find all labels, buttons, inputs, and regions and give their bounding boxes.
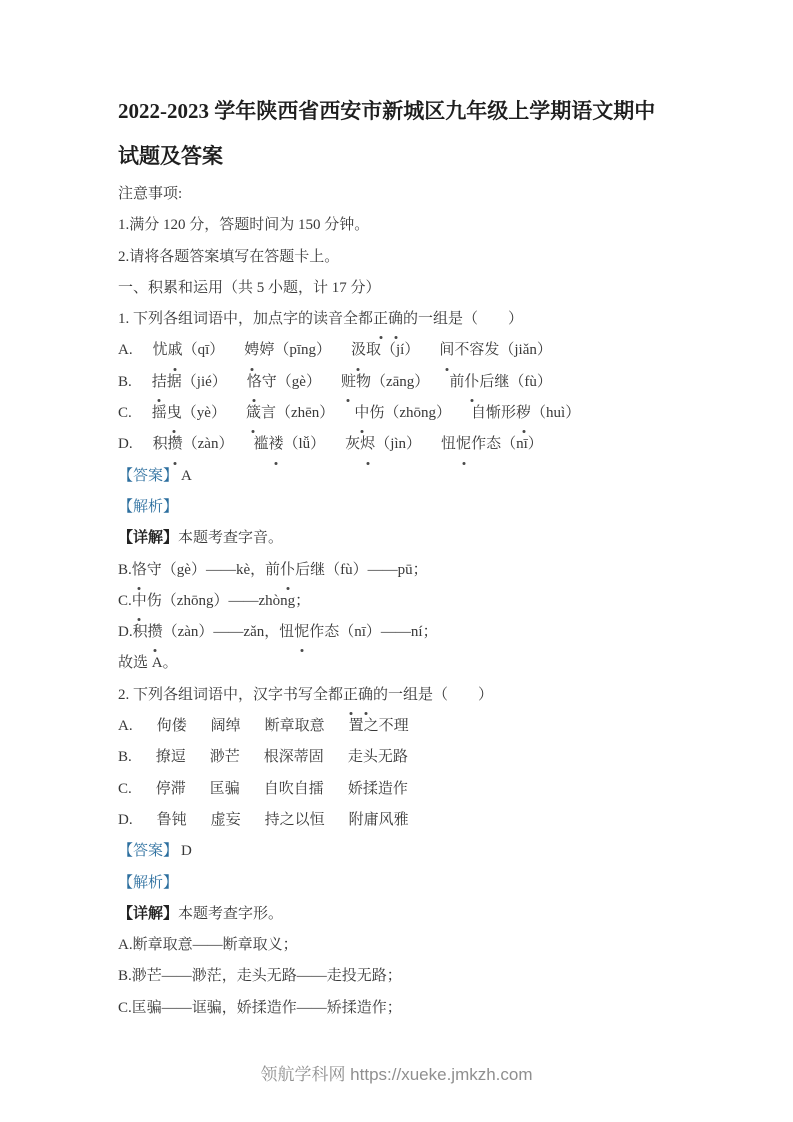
- page-title: 2022-2023 学年陕西省西安市新城区九年级上学期语文期中 试题及答案: [118, 89, 690, 179]
- option-word: 忸怩作态（nī）: [441, 429, 543, 460]
- option-label: C.: [118, 774, 132, 805]
- option-word: 佝偻: [157, 711, 187, 742]
- detail-label: 【详解】: [118, 530, 178, 546]
- option-label: B.: [118, 742, 132, 773]
- option-word: 间不容发（jiǎn）: [439, 335, 552, 366]
- option-word: 忧戚（qī）: [153, 335, 225, 366]
- q2-answer-line: 【答案】D: [118, 836, 690, 867]
- q2-option-row-c: C. 停滞 匡骗 自吹自擂 娇揉造作: [118, 774, 690, 805]
- q1-option-row-d: D. 积攒（zàn） 褴褛（lǚ） 灰烬（jìn） 忸怩作态（nī）: [118, 429, 690, 460]
- option-word: 虚妄: [211, 805, 241, 836]
- option-word: 积攒（zàn）: [153, 429, 234, 460]
- q1-analysis-line-c: C.中伤（zhōng）——zhòng；: [118, 586, 690, 617]
- q2-option-row-d: D. 鲁钝 虚妄 持之以恒 附庸风雅: [118, 805, 690, 836]
- q2-analysis-line-a: A.断章取意——断章取义；: [118, 930, 690, 961]
- q1-analysis-label: 【解析】: [118, 492, 690, 523]
- option-label: A.: [118, 335, 133, 366]
- q2-detail-text: 本题考查字形。: [178, 906, 283, 922]
- q2-stem: 2. 下列各组词语中，汉字书写全都正确的一组是（ ）: [118, 680, 690, 711]
- title-line-2: 试题及答案: [118, 134, 690, 179]
- option-word: 走头无路: [348, 742, 408, 773]
- option-word: 撩逗: [156, 742, 186, 773]
- option-word: 中伤（zhōng）: [354, 398, 451, 429]
- q1-conclusion: 故选 A。: [118, 648, 690, 679]
- q2-detail-line: 【详解】本题考查字形。: [118, 899, 690, 930]
- q2-answer-value: D: [181, 843, 192, 859]
- option-word: 自吹自擂: [264, 774, 324, 805]
- option-word: 停滞: [156, 774, 186, 805]
- q1-answer-value: A: [181, 468, 192, 484]
- option-word: 娉婷（pīng）: [244, 335, 331, 366]
- option-word: 附庸风雅: [349, 805, 409, 836]
- detail-label: 【详解】: [118, 906, 178, 922]
- q1-analysis-line-d: D.积攒（zàn）——zǎn，忸怩作态（nī）——ní；: [118, 617, 690, 648]
- option-word: 赃物（zāng）: [341, 367, 429, 398]
- analysis-label: 【解析】: [118, 499, 178, 515]
- watermark-footer: 领航学科网 https://xueke.jmkzh.com: [0, 1064, 793, 1086]
- option-word: 置之不理: [349, 711, 409, 742]
- q1-analysis-line-b: B.恪守（gè）——kè，前仆后继（fù）——pū；: [118, 555, 690, 586]
- document-page: 2022-2023 学年陕西省西安市新城区九年级上学期语文期中 试题及答案 注意…: [0, 0, 793, 1122]
- notice-item-2: 2.请将各题答案填写在答题卡上。: [118, 242, 690, 273]
- option-word: 箴言（zhēn）: [246, 398, 334, 429]
- option-label: A.: [118, 711, 133, 742]
- option-word: 匡骗: [210, 774, 240, 805]
- q1-option-row-b: B. 拮据（jié） 恪守（gè） 赃物（zāng） 前仆后继（fù）: [118, 367, 690, 398]
- option-word: 自惭形秽（huì）: [471, 398, 580, 429]
- q1-detail-text: 本题考查字音。: [178, 530, 283, 546]
- option-word: 汲取（jí）: [351, 335, 419, 366]
- option-word: 根深蒂固: [264, 742, 324, 773]
- option-word: 娇揉造作: [348, 774, 408, 805]
- option-word: 持之以恒: [265, 805, 325, 836]
- q2-analysis-label: 【解析】: [118, 868, 690, 899]
- option-label: D.: [118, 805, 133, 836]
- document-content: 2022-2023 学年陕西省西安市新城区九年级上学期语文期中 试题及答案 注意…: [118, 89, 690, 1024]
- option-word: 恪守（gè）: [247, 367, 321, 398]
- option-word: 摇曳（yè）: [152, 398, 226, 429]
- option-word: 拮据（jié）: [152, 367, 227, 398]
- option-word: 渺芒: [210, 742, 240, 773]
- option-label: B.: [118, 367, 132, 398]
- q2-option-row-a: A. 佝偻 阔绰 断章取意 置之不理: [118, 711, 690, 742]
- title-line-1: 2022-2023 学年陕西省西安市新城区九年级上学期语文期中: [118, 89, 690, 134]
- option-word: 前仆后继（fù）: [449, 367, 552, 398]
- option-label: C.: [118, 398, 132, 429]
- analysis-label: 【解析】: [118, 875, 178, 891]
- q2-analysis-line-b: B.渺芒——渺茫，走头无路——走投无路；: [118, 961, 690, 992]
- q1-stem: 1. 下列各组词语中，加点字的读音全都正确的一组是（ ）: [118, 304, 690, 335]
- section-heading: 一、积累和运用（共 5 小题，计 17 分）: [118, 273, 690, 304]
- option-word: 断章取意: [265, 711, 325, 742]
- answer-label: 【答案】: [118, 468, 178, 484]
- notice-heading: 注意事项:: [118, 179, 690, 210]
- option-word: 阔绰: [211, 711, 241, 742]
- option-word: 鲁钝: [157, 805, 187, 836]
- option-label: D.: [118, 429, 133, 460]
- q1-answer-line: 【答案】A: [118, 461, 690, 492]
- q1-option-row-c: C. 摇曳（yè） 箴言（zhēn） 中伤（zhōng） 自惭形秽（huì）: [118, 398, 690, 429]
- option-word: 灰烬（jìn）: [345, 429, 421, 460]
- q1-detail-line: 【详解】本题考查字音。: [118, 523, 690, 554]
- q2-analysis-line-c: C.匡骗——诓骗，娇揉造作——矫揉造作；: [118, 993, 690, 1024]
- q1-option-row-a: A. 忧戚（qī） 娉婷（pīng） 汲取（jí） 间不容发（jiǎn）: [118, 335, 690, 366]
- q2-option-row-b: B. 撩逗 渺芒 根深蒂固 走头无路: [118, 742, 690, 773]
- option-word: 褴褛（lǚ）: [253, 429, 325, 460]
- notice-item-1: 1.满分 120 分，答题时间为 150 分钟。: [118, 210, 690, 241]
- answer-label: 【答案】: [118, 843, 178, 859]
